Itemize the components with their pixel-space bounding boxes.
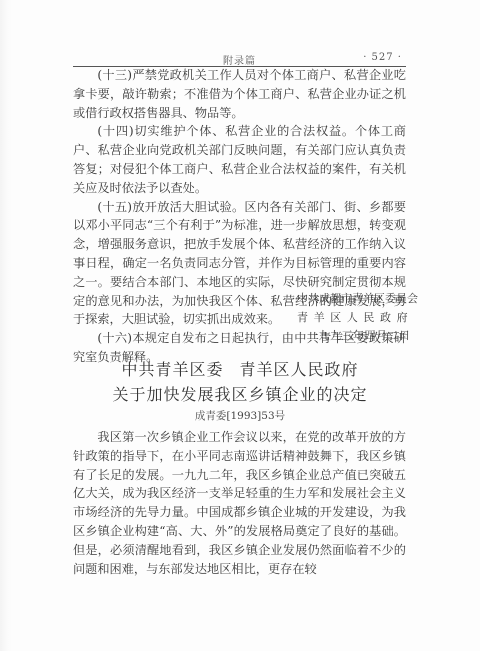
document-title-line2: 关于加快发展我区乡镇企业的决定 (0, 382, 480, 405)
page-number: · 527 · (363, 52, 402, 63)
signature-date: 一九九三年四月二日 (297, 327, 409, 346)
signature-org-government: 青羊区人民政府 (297, 309, 409, 328)
running-head: 附录篇 · 527 · (73, 50, 406, 66)
signature-org-party: 中共成都市青羊区委员会 (297, 290, 409, 309)
running-head-section: 附录篇 (73, 52, 406, 67)
document-title-line1: 中共青羊区委青羊区人民政府 (0, 357, 480, 380)
scan-edge-shadow (0, 0, 12, 651)
new-document-body: 我区第一次乡镇企业工作会议以来，在党的改革开放的方针政策的指导下，在小平同志南巡… (73, 428, 406, 578)
clause-14: (十四)切实维护个体、私营企业的合法权益。个体工商户、私营企业向党政机关部门反映… (73, 122, 406, 197)
signature-block: 中共成都市青羊区委员会 青羊区人民政府 一九九三年四月二日 (297, 290, 409, 346)
issuer-party: 中共青羊区委 (121, 360, 223, 379)
document-number: 成青委[1993]53号 (0, 408, 480, 423)
issuer-government: 青羊区人民政府 (240, 360, 359, 379)
body-paragraph: 我区第一次乡镇企业工作会议以来，在党的改革开放的方针政策的指导下，在小平同志南巡… (73, 428, 406, 578)
clause-13: (十三)严禁党政机关工作人员对个体工商户、私营企业吃拿卡要，敲许勒索；不准借为个… (73, 66, 406, 122)
